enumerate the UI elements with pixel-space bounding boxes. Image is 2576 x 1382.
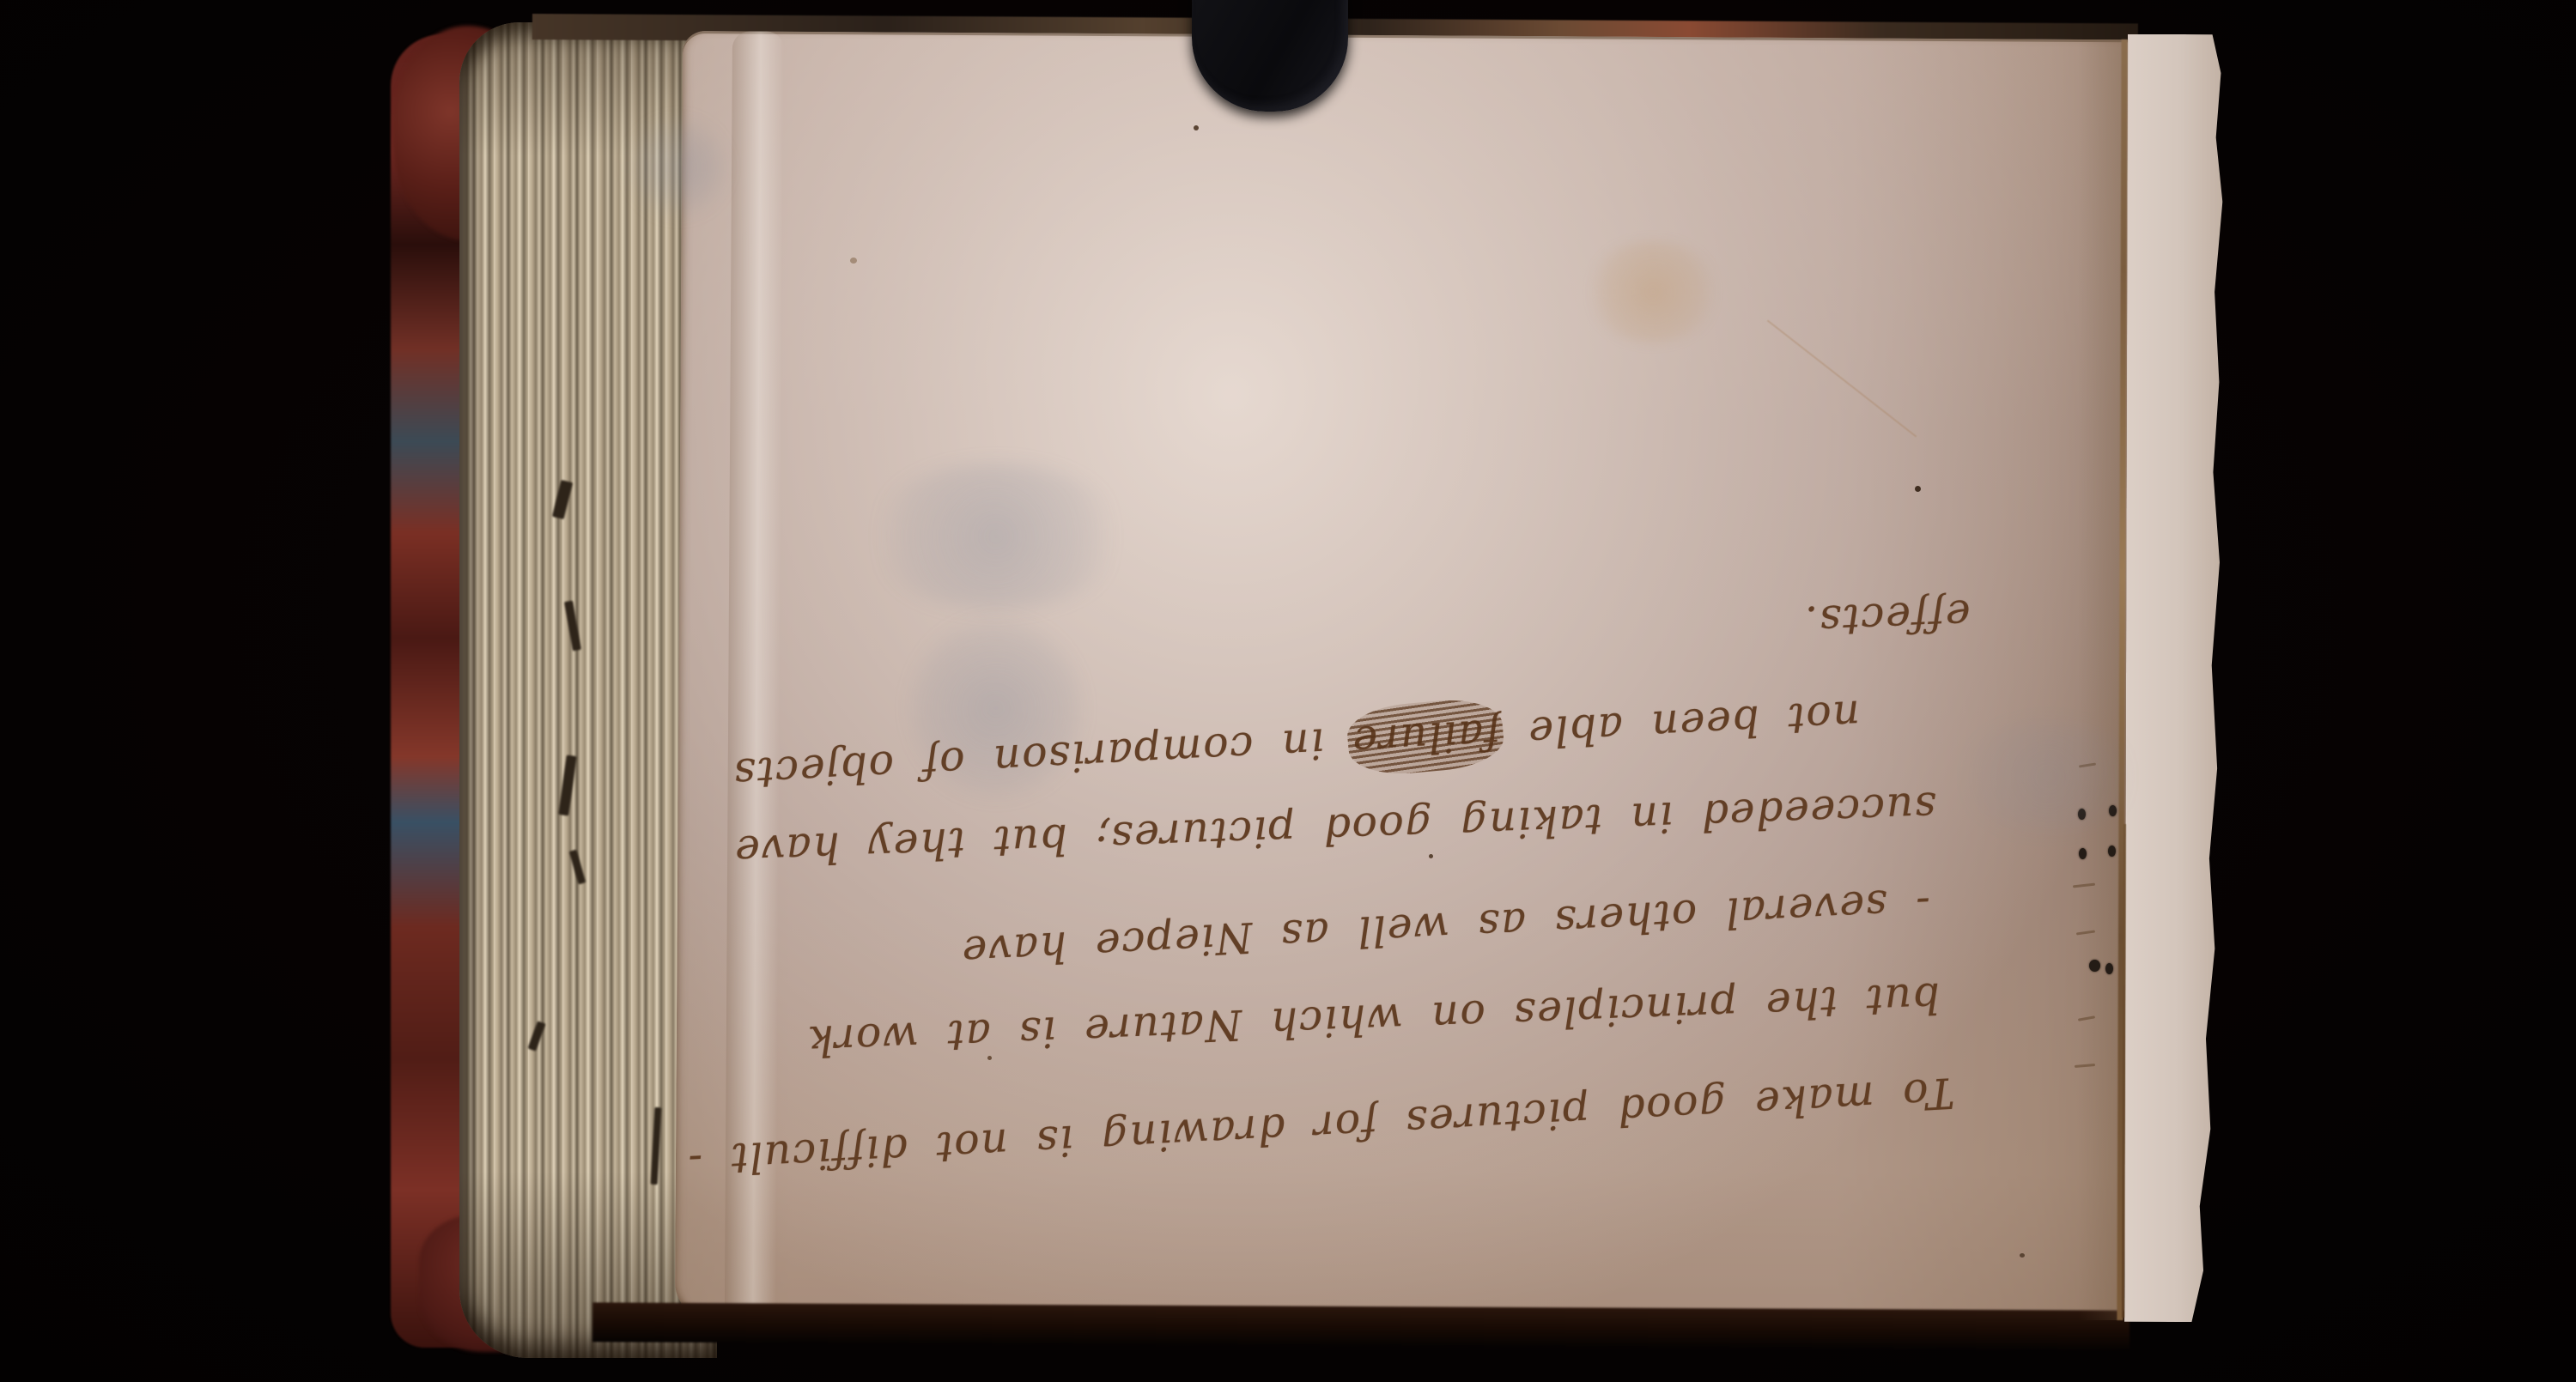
ink-showthrough	[631, 120, 726, 215]
handwritten-phrase: in comparison of objects	[732, 718, 1325, 798]
paper-speck	[850, 258, 857, 264]
page-bottom-shadow	[592, 1302, 2129, 1349]
foxing-stain	[1584, 240, 1722, 343]
photograph-stage: To make good pictures for drawing is not…	[0, 0, 2576, 1382]
stitch-hole	[2108, 846, 2116, 857]
stitch-hole	[2079, 848, 2087, 859]
stitch-hole	[2089, 960, 2100, 972]
paper-speck	[1194, 125, 1199, 130]
next-leaf-deckle-edge	[2124, 34, 2224, 1322]
stitch-hole	[2105, 963, 2113, 974]
struck-out-word: failure	[1349, 687, 1503, 790]
paper-speck	[2020, 1253, 2025, 1258]
handwritten-text-block: To make good pictures for drawing is not…	[683, 484, 2001, 1196]
handwritten-phrase: not been able	[1526, 691, 1861, 757]
gutter-shading	[2078, 39, 2123, 1320]
